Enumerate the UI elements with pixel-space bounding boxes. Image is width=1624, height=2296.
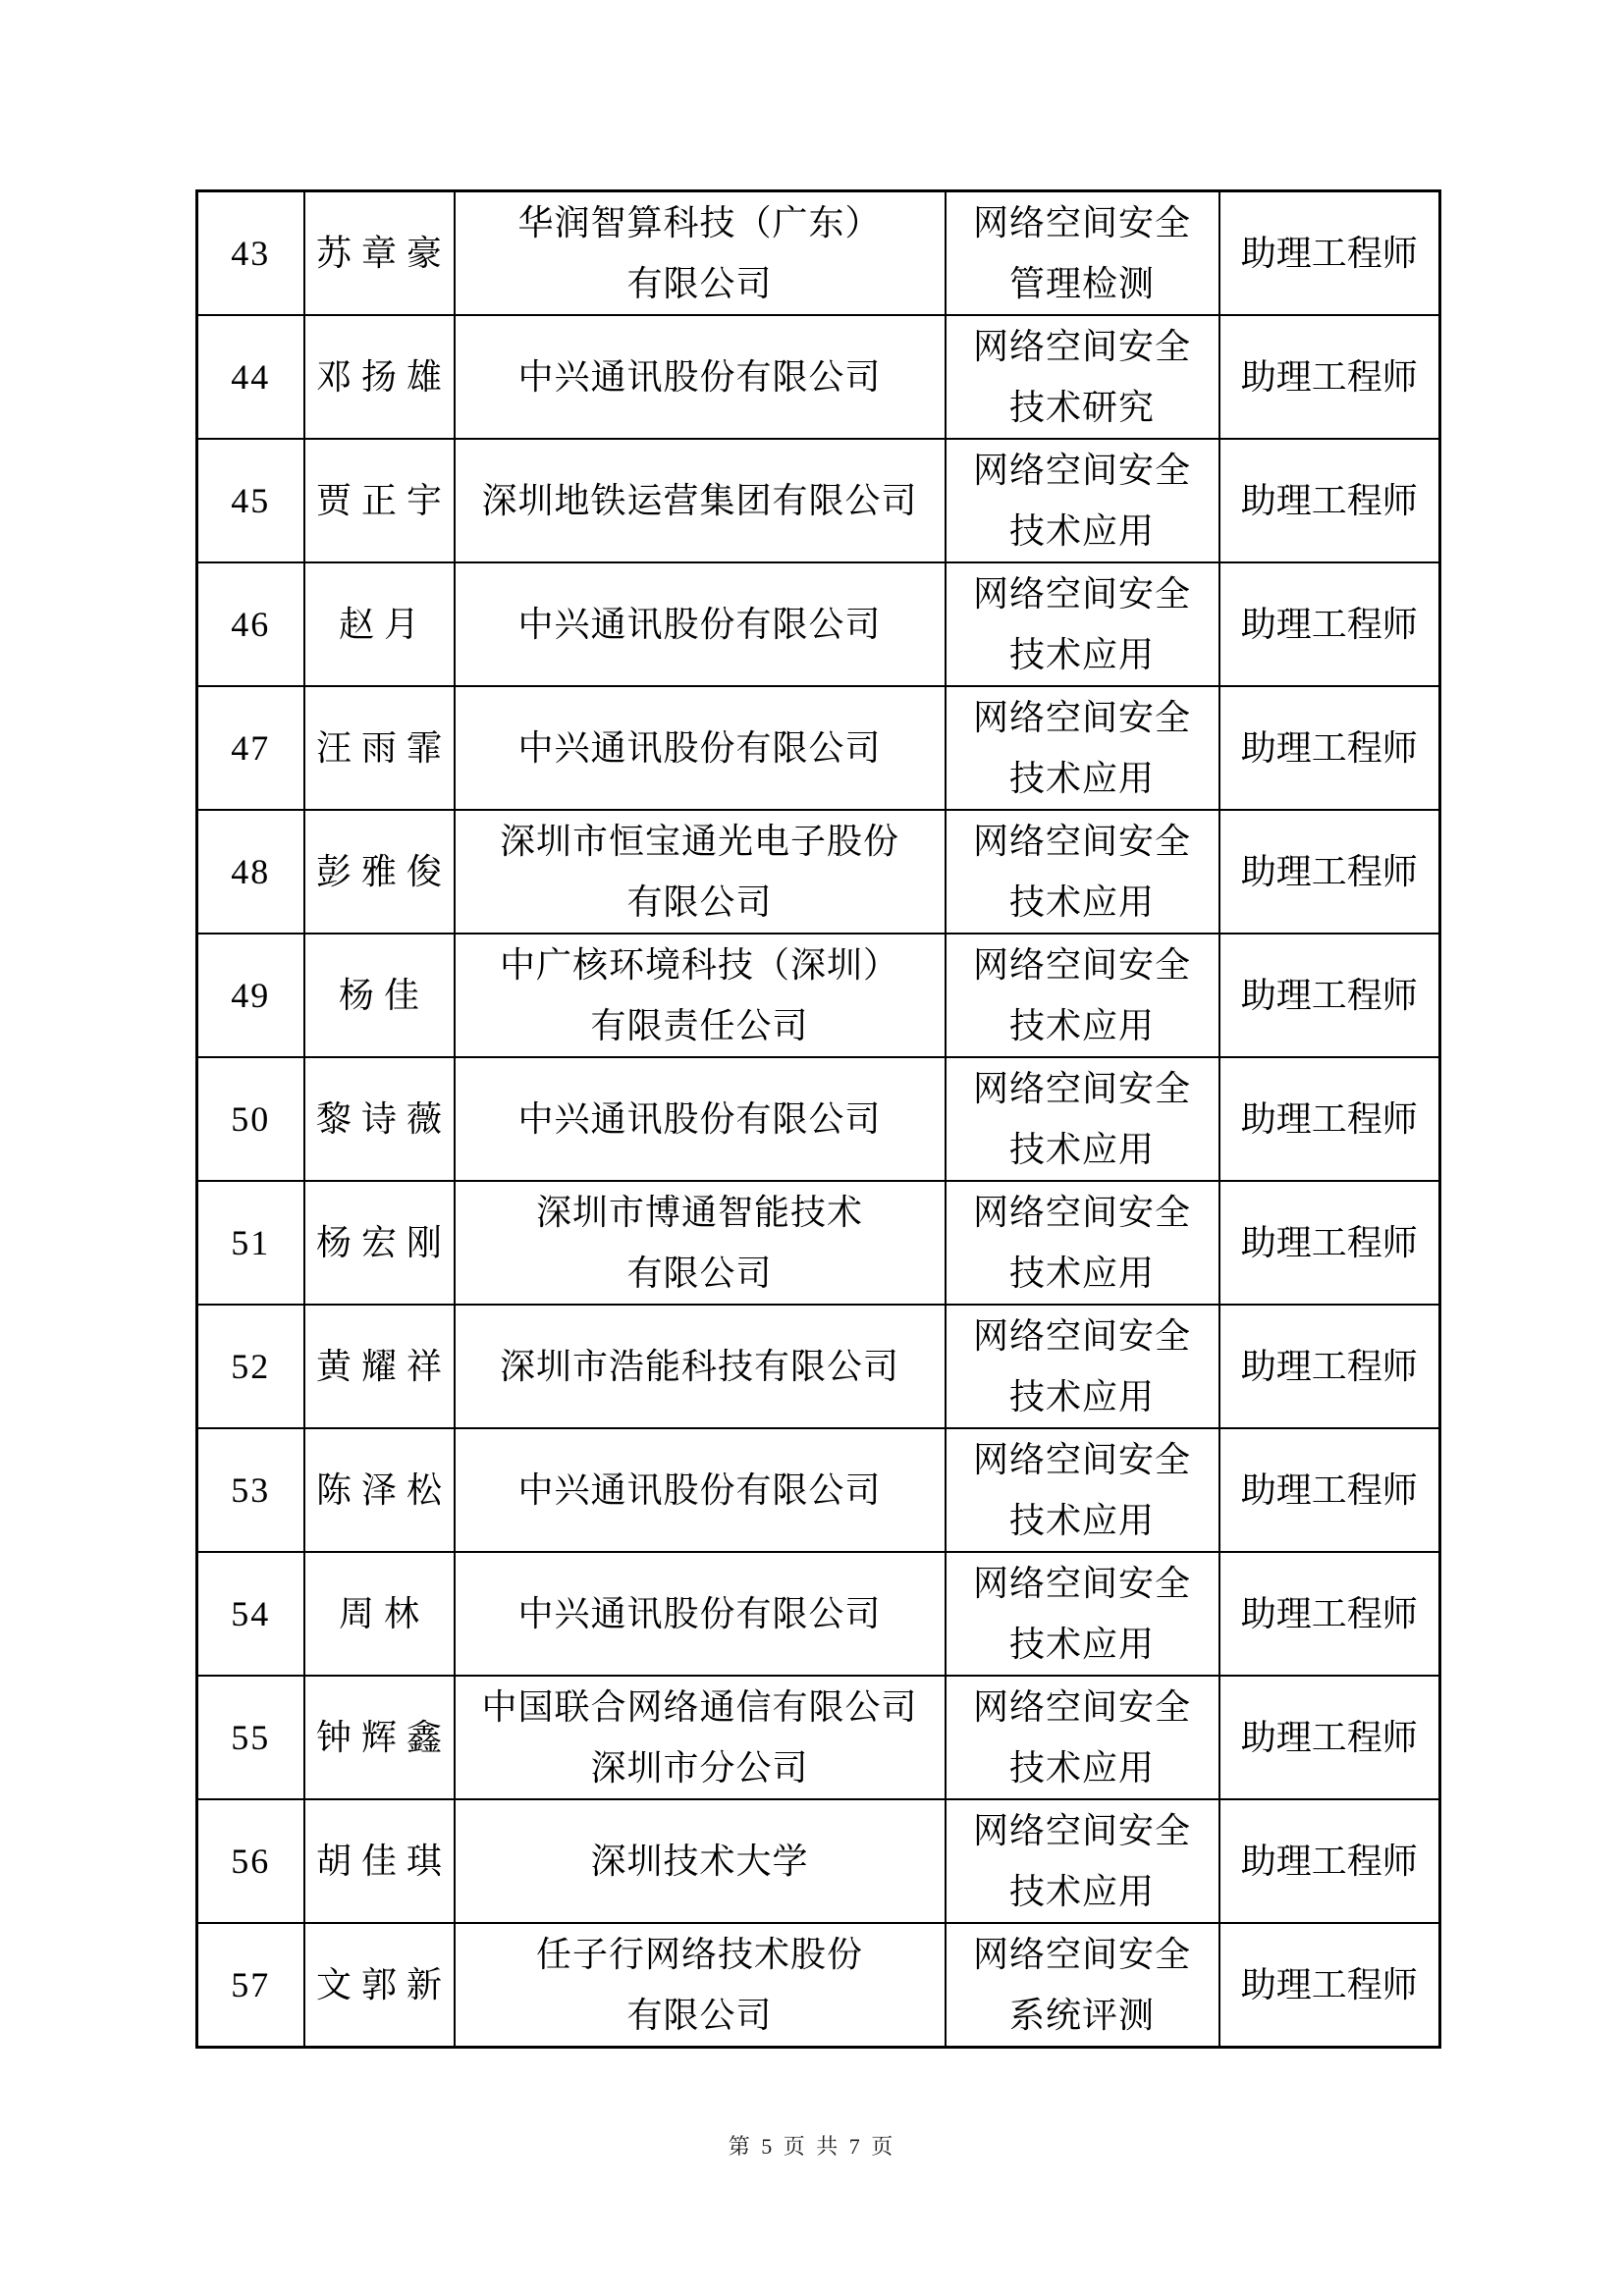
table-row: 55 钟辉鑫 中国联合网络通信有限公司深圳市分公司 网络空间安全技术应用 助理工…: [197, 1676, 1440, 1799]
table-row: 44 邓扬雄 中兴通讯股份有限公司 网络空间安全技术研究 助理工程师: [197, 315, 1440, 439]
page-footer: 第 5 页 共 7 页: [0, 2130, 1624, 2161]
job-title: 助理工程师: [1219, 1676, 1440, 1799]
person-name: 黄耀祥: [304, 1305, 455, 1428]
table-row: 50 黎诗薇 中兴通讯股份有限公司 网络空间安全技术应用 助理工程师: [197, 1057, 1440, 1181]
row-number: 45: [197, 439, 304, 562]
specialty-cell: 网络空间安全技术应用: [946, 562, 1219, 686]
company-cell: 中广核环境科技（深圳）有限责任公司: [455, 934, 946, 1057]
specialty-line: 网络空间安全: [947, 563, 1218, 624]
company-cell: 华润智算科技（广东）有限公司: [455, 191, 946, 316]
job-title: 助理工程师: [1219, 1428, 1440, 1552]
company-cell: 中兴通讯股份有限公司: [455, 562, 946, 686]
person-name: 钟辉鑫: [304, 1676, 455, 1799]
person-name: 贾正宇: [304, 439, 455, 562]
company-cell: 任子行网络技术股份有限公司: [455, 1923, 946, 2048]
row-number: 53: [197, 1428, 304, 1552]
specialty-line: 网络空间安全: [947, 1058, 1218, 1119]
specialty-cell: 网络空间安全技术应用: [946, 1057, 1219, 1181]
specialty-line: 网络空间安全: [947, 1800, 1218, 1861]
company-line: 有限公司: [456, 1985, 945, 2046]
person-name: 赵月: [304, 562, 455, 686]
job-title: 助理工程师: [1219, 1923, 1440, 2048]
certification-roster-table: 43 苏章豪 华润智算科技（广东）有限公司 网络空间安全管理检测 助理工程师 4…: [195, 189, 1441, 2049]
row-number: 43: [197, 191, 304, 316]
job-title: 助理工程师: [1219, 686, 1440, 810]
row-number: 49: [197, 934, 304, 1057]
company-line: 任子行网络技术股份: [456, 1924, 945, 1985]
specialty-cell: 网络空间安全技术应用: [946, 1552, 1219, 1676]
specialty-line: 网络空间安全: [947, 1677, 1218, 1737]
table-row: 53 陈泽松 中兴通讯股份有限公司 网络空间安全技术应用 助理工程师: [197, 1428, 1440, 1552]
specialty-line: 技术应用: [947, 1614, 1218, 1675]
company-line: 中兴通讯股份有限公司: [456, 718, 945, 778]
company-line: 有限公司: [456, 253, 945, 314]
company-cell: 深圳技术大学: [455, 1799, 946, 1923]
specialty-cell: 网络空间安全系统评测: [946, 1923, 1219, 2048]
row-number: 52: [197, 1305, 304, 1428]
table-row: 47 汪雨霏 中兴通讯股份有限公司 网络空间安全技术应用 助理工程师: [197, 686, 1440, 810]
specialty-line: 技术研究: [947, 377, 1218, 438]
job-title: 助理工程师: [1219, 1799, 1440, 1923]
specialty-line: 网络空间安全: [947, 1553, 1218, 1614]
table-row: 56 胡佳琪 深圳技术大学 网络空间安全技术应用 助理工程师: [197, 1799, 1440, 1923]
company-line: 深圳市浩能科技有限公司: [456, 1336, 945, 1397]
specialty-line: 网络空间安全: [947, 687, 1218, 748]
specialty-line: 技术应用: [947, 1243, 1218, 1304]
specialty-line: 技术应用: [947, 872, 1218, 933]
specialty-line: 网络空间安全: [947, 192, 1218, 253]
company-line: 中广核环境科技（深圳）: [456, 934, 945, 995]
document-page: 43 苏章豪 华润智算科技（广东）有限公司 网络空间安全管理检测 助理工程师 4…: [0, 0, 1624, 2296]
company-cell: 中兴通讯股份有限公司: [455, 1057, 946, 1181]
person-name: 胡佳琪: [304, 1799, 455, 1923]
job-title: 助理工程师: [1219, 1181, 1440, 1305]
company-cell: 深圳地铁运营集团有限公司: [455, 439, 946, 562]
person-name: 邓扬雄: [304, 315, 455, 439]
company-line: 中兴通讯股份有限公司: [456, 594, 945, 655]
specialty-cell: 网络空间安全技术应用: [946, 686, 1219, 810]
specialty-line: 网络空间安全: [947, 1306, 1218, 1366]
company-cell: 中兴通讯股份有限公司: [455, 1428, 946, 1552]
row-number: 47: [197, 686, 304, 810]
job-title: 助理工程师: [1219, 1057, 1440, 1181]
specialty-line: 技术应用: [947, 1366, 1218, 1427]
specialty-cell: 网络空间安全技术应用: [946, 1676, 1219, 1799]
company-line: 深圳地铁运营集团有限公司: [456, 470, 945, 531]
job-title: 助理工程师: [1219, 934, 1440, 1057]
company-line: 华润智算科技（广东）: [456, 192, 945, 253]
company-cell: 深圳市博通智能技术有限公司: [455, 1181, 946, 1305]
job-title: 助理工程师: [1219, 191, 1440, 316]
company-line: 有限责任公司: [456, 995, 945, 1056]
company-line: 中兴通讯股份有限公司: [456, 347, 945, 407]
company-line: 中兴通讯股份有限公司: [456, 1583, 945, 1644]
specialty-cell: 网络空间安全技术应用: [946, 810, 1219, 934]
row-number: 46: [197, 562, 304, 686]
person-name: 苏章豪: [304, 191, 455, 316]
specialty-cell: 网络空间安全技术应用: [946, 1305, 1219, 1428]
specialty-line: 技术应用: [947, 1737, 1218, 1798]
specialty-line: 网络空间安全: [947, 1182, 1218, 1243]
company-line: 深圳市博通智能技术: [456, 1182, 945, 1243]
company-line: 中国联合网络通信有限公司: [456, 1677, 945, 1737]
specialty-cell: 网络空间安全管理检测: [946, 191, 1219, 316]
row-number: 54: [197, 1552, 304, 1676]
person-name: 黎诗薇: [304, 1057, 455, 1181]
person-name: 文郭新: [304, 1923, 455, 2048]
specialty-cell: 网络空间安全技术应用: [946, 439, 1219, 562]
specialty-line: 网络空间安全: [947, 1429, 1218, 1490]
row-number: 57: [197, 1923, 304, 2048]
specialty-line: 网络空间安全: [947, 811, 1218, 872]
company-cell: 中兴通讯股份有限公司: [455, 686, 946, 810]
company-line: 深圳市分公司: [456, 1737, 945, 1798]
table-row: 54 周林 中兴通讯股份有限公司 网络空间安全技术应用 助理工程师: [197, 1552, 1440, 1676]
table-row: 48 彭雅俊 深圳市恒宝通光电子股份有限公司 网络空间安全技术应用 助理工程师: [197, 810, 1440, 934]
row-number: 44: [197, 315, 304, 439]
person-name: 彭雅俊: [304, 810, 455, 934]
row-number: 48: [197, 810, 304, 934]
job-title: 助理工程师: [1219, 315, 1440, 439]
person-name: 周林: [304, 1552, 455, 1676]
job-title: 助理工程师: [1219, 810, 1440, 934]
company-cell: 中国联合网络通信有限公司深圳市分公司: [455, 1676, 946, 1799]
job-title: 助理工程师: [1219, 1552, 1440, 1676]
company-cell: 中兴通讯股份有限公司: [455, 1552, 946, 1676]
person-name: 杨宏刚: [304, 1181, 455, 1305]
company-line: 中兴通讯股份有限公司: [456, 1460, 945, 1521]
company-line: 有限公司: [456, 872, 945, 933]
specialty-line: 技术应用: [947, 1490, 1218, 1551]
specialty-cell: 网络空间安全技术研究: [946, 315, 1219, 439]
specialty-line: 网络空间安全: [947, 440, 1218, 501]
specialty-line: 技术应用: [947, 995, 1218, 1056]
table-row: 46 赵月 中兴通讯股份有限公司 网络空间安全技术应用 助理工程师: [197, 562, 1440, 686]
company-line: 中兴通讯股份有限公司: [456, 1089, 945, 1149]
row-number: 51: [197, 1181, 304, 1305]
specialty-cell: 网络空间安全技术应用: [946, 934, 1219, 1057]
table-row: 57 文郭新 任子行网络技术股份有限公司 网络空间安全系统评测 助理工程师: [197, 1923, 1440, 2048]
specialty-cell: 网络空间安全技术应用: [946, 1799, 1219, 1923]
job-title: 助理工程师: [1219, 439, 1440, 562]
person-name: 陈泽松: [304, 1428, 455, 1552]
job-title: 助理工程师: [1219, 562, 1440, 686]
job-title: 助理工程师: [1219, 1305, 1440, 1428]
specialty-line: 技术应用: [947, 501, 1218, 561]
company-line: 深圳技术大学: [456, 1831, 945, 1892]
company-cell: 中兴通讯股份有限公司: [455, 315, 946, 439]
specialty-line: 技术应用: [947, 1119, 1218, 1180]
company-cell: 深圳市浩能科技有限公司: [455, 1305, 946, 1428]
specialty-line: 技术应用: [947, 1861, 1218, 1922]
row-number: 56: [197, 1799, 304, 1923]
person-name: 杨佳: [304, 934, 455, 1057]
specialty-line: 系统评测: [947, 1985, 1218, 2046]
row-number: 55: [197, 1676, 304, 1799]
company-cell: 深圳市恒宝通光电子股份有限公司: [455, 810, 946, 934]
company-line: 深圳市恒宝通光电子股份: [456, 811, 945, 872]
table-row: 49 杨佳 中广核环境科技（深圳）有限责任公司 网络空间安全技术应用 助理工程师: [197, 934, 1440, 1057]
specialty-line: 网络空间安全: [947, 1924, 1218, 1985]
specialty-line: 技术应用: [947, 624, 1218, 685]
specialty-line: 管理检测: [947, 253, 1218, 314]
specialty-line: 网络空间安全: [947, 316, 1218, 377]
company-line: 有限公司: [456, 1243, 945, 1304]
table-row: 52 黄耀祥 深圳市浩能科技有限公司 网络空间安全技术应用 助理工程师: [197, 1305, 1440, 1428]
specialty-line: 技术应用: [947, 748, 1218, 809]
specialty-line: 网络空间安全: [947, 934, 1218, 995]
row-number: 50: [197, 1057, 304, 1181]
specialty-cell: 网络空间安全技术应用: [946, 1428, 1219, 1552]
table-row: 45 贾正宇 深圳地铁运营集团有限公司 网络空间安全技术应用 助理工程师: [197, 439, 1440, 562]
table-row: 51 杨宏刚 深圳市博通智能技术有限公司 网络空间安全技术应用 助理工程师: [197, 1181, 1440, 1305]
person-name: 汪雨霏: [304, 686, 455, 810]
table-row: 43 苏章豪 华润智算科技（广东）有限公司 网络空间安全管理检测 助理工程师: [197, 191, 1440, 316]
specialty-cell: 网络空间安全技术应用: [946, 1181, 1219, 1305]
